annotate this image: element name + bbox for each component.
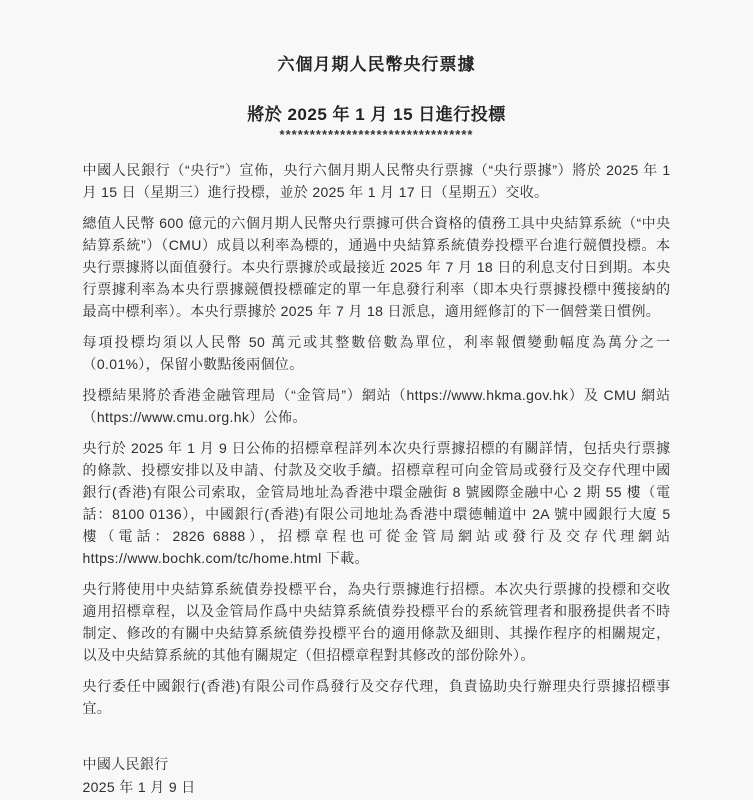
paragraph-announcement: 中國人民銀行（“央行”）宣佈，央行六個月期人民幣央行票據（“央行票據”）將於 2… xyxy=(83,159,671,203)
asterisk-divider: ******************************** xyxy=(83,130,671,140)
document-title: 六個月期人民幣央行票據 xyxy=(83,54,671,76)
paragraph-results-websites: 投標結果將於香港金融管理局（“金管局”）網站（https://www.hkma.… xyxy=(83,384,671,428)
document-page: 六個月期人民幣央行票據 將於 2025 年 1 月 15 日進行投標 *****… xyxy=(0,0,753,800)
press-release: 六個月期人民幣央行票據 將於 2025 年 1 月 15 日進行投標 *****… xyxy=(83,0,671,799)
paragraph-bid-unit: 每項投標均須以人民幣 50 萬元或其整數倍數為單位，利率報價變動幅度為萬分之一（… xyxy=(83,331,671,375)
tender-date-heading: 將於 2025 年 1 月 15 日進行投標 xyxy=(83,104,671,126)
issuer-signature: 中國人民銀行 xyxy=(83,753,671,776)
paragraph-tender-details: 總值人民幣 600 億元的六個月期人民幣央行票據可供合資格的債務工具中央結算系統… xyxy=(83,212,671,322)
document-body: 中國人民銀行（“央行”）宣佈，央行六個月期人民幣央行票據（“央行票據”）將於 2… xyxy=(83,159,671,719)
signature-block: 中國人民銀行 2025 年 1 月 9 日 xyxy=(83,753,671,799)
paragraph-information-memorandum: 央行於 2025 年 1 月 9 日公佈的招標章程詳列本次央行票據招標的有關詳情… xyxy=(83,437,671,569)
paragraph-cmu-platform-rules: 央行將使用中央結算系統債券投標平台，為央行票據進行招標。本次央行票據的投標和交收… xyxy=(83,578,671,666)
paragraph-appointed-agent: 央行委任中國銀行(香港)有限公司作爲發行及交存代理，負責協助央行辦理央行票據招標… xyxy=(83,675,671,719)
issue-date: 2025 年 1 月 9 日 xyxy=(83,776,671,799)
